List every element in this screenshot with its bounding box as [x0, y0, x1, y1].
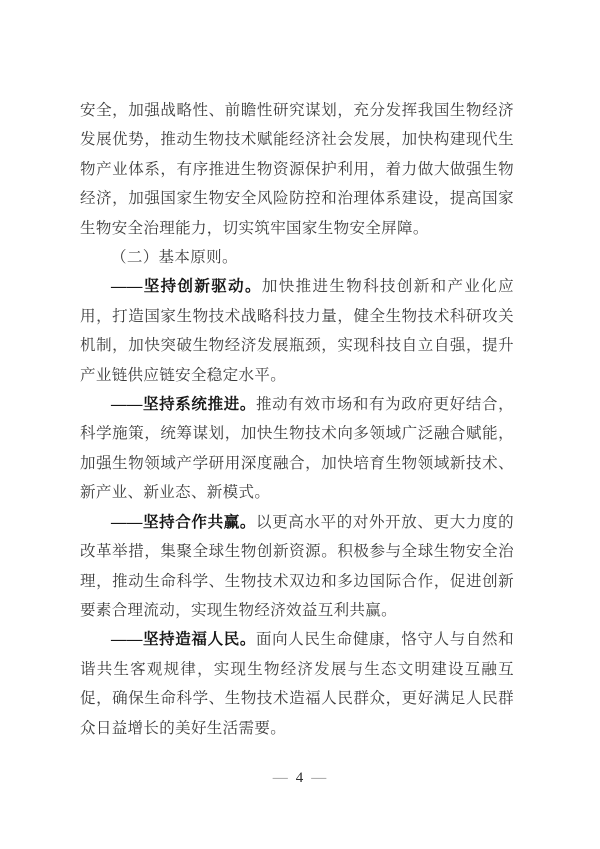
document-page: 安全，加强战略性、前瞻性研究谋划，充分发挥我国生物经济发展优势，推动生物技术赋能… [0, 0, 600, 849]
page-number: 4 [289, 770, 312, 786]
principle-paragraph-cooperation: ——坚持合作共赢。以更高水平的对外开放、更大力度的改革举措，集聚全球生物创新资源… [80, 508, 514, 626]
principle-paragraph-people: ——坚持造福人民。面向人民生命健康，恪守人与自然和谐共生客观规律，实现生物经济发… [80, 625, 514, 743]
page-footer: —4— [0, 768, 600, 788]
footer-right-dash: — [311, 770, 327, 786]
document-text-block: 安全，加强战略性、前瞻性研究谋划，充分发挥我国生物经济发展优势，推动生物技术赋能… [80, 96, 514, 743]
principle-lead-innovation: ——坚持创新驱动。 [111, 278, 262, 295]
principle-lead-systematic: ——坚持系统推进。 [111, 396, 256, 413]
footer-left-dash: — [273, 770, 289, 786]
principle-lead-cooperation: ——坚持合作共赢。 [111, 514, 256, 531]
principle-paragraph-systematic: ——坚持系统推进。推动有效市场和有为政府更好结合，科学施策，统筹谋划，加快生物技… [80, 390, 514, 508]
principle-paragraph-innovation: ——坚持创新驱动。加快推进生物科技创新和产业化应用，打造国家生物技术战略科技力量… [80, 272, 514, 390]
section-subheading-basic-principles: （二）基本原则。 [80, 243, 514, 272]
principle-lead-people: ——坚持造福人民。 [111, 631, 256, 648]
paragraph-continuation: 安全，加强战略性、前瞻性研究谋划，充分发挥我国生物经济发展优势，推动生物技术赋能… [80, 96, 514, 243]
